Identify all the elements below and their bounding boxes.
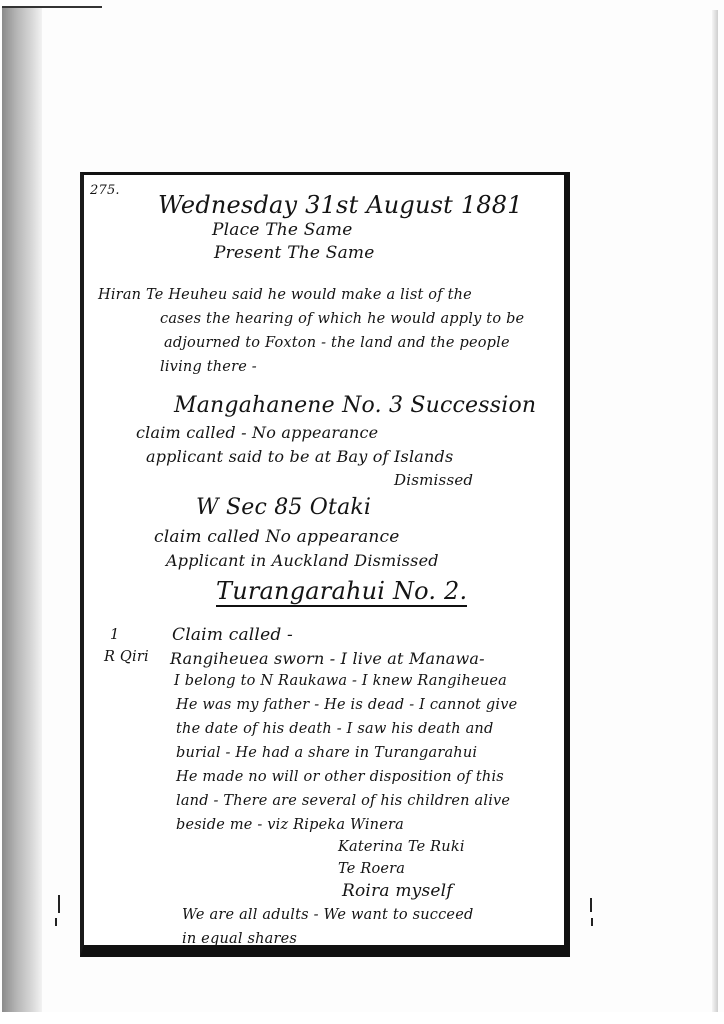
- entry-line: claim called No appearance: [154, 527, 400, 547]
- header-date: Wednesday 31st August 1881: [158, 191, 523, 219]
- entry-line: land - There are several of his children…: [176, 793, 510, 809]
- top-edge-mark: [2, 6, 102, 8]
- margin-note: R Qiri: [104, 649, 149, 665]
- entry-line: Katerina Te Ruki: [338, 839, 465, 855]
- book-gutter-shadow: [2, 8, 42, 1016]
- entry-line: in equal shares: [182, 931, 297, 947]
- manuscript-page: 275. Wednesday 31st August 1881 Place Th…: [80, 172, 570, 957]
- entry-title: Turangarahui No. 2.: [216, 577, 467, 607]
- left-margin-mark: [55, 918, 57, 926]
- opening-line: cases the hearing of which he would appl…: [160, 311, 524, 327]
- right-margin-mark: [591, 918, 593, 926]
- entry-title: W Sec 85 Otaki: [196, 495, 371, 520]
- entry-line: applicant said to be at Bay of Islands: [146, 447, 453, 466]
- entry-line: claim called - No appearance: [136, 423, 378, 442]
- entry-line: the date of his death - I saw his death …: [176, 721, 493, 737]
- header-present: Present The Same: [214, 243, 375, 263]
- entry-line: I belong to N Raukawa - I knew Rangiheue…: [174, 673, 507, 689]
- entry-line: Roira myself: [342, 881, 453, 901]
- entry-line: He made no will or other disposition of …: [176, 769, 504, 785]
- right-page-edge: [712, 10, 718, 1015]
- header-place: Place The Same: [212, 220, 353, 240]
- entry-line: Claim called -: [172, 625, 293, 645]
- bottom-margin: [0, 1012, 724, 1024]
- page-number: 275.: [90, 183, 120, 198]
- entry-line: Te Roera: [338, 861, 405, 877]
- opening-line: adjourned to Foxton - the land and the p…: [164, 335, 510, 351]
- right-margin-mark: [590, 898, 592, 912]
- margin-note: 1: [110, 627, 119, 643]
- entry-line: beside me - viz Ripeka Winera: [176, 817, 404, 833]
- opening-line: Hiran Te Heuheu said he would make a lis…: [98, 287, 472, 303]
- left-margin-mark: [58, 895, 60, 913]
- opening-line: living there -: [160, 359, 257, 375]
- entry-line: We are all adults - We want to succeed: [182, 907, 473, 923]
- entry-title: Mangahanene No. 3 Succession: [174, 393, 536, 418]
- entry-line: He was my father - He is dead - I cannot…: [176, 697, 517, 713]
- entry-line: Dismissed: [394, 471, 473, 489]
- entry-line: Rangiheuea sworn - I live at Manawa-: [170, 649, 485, 668]
- entry-line: Applicant in Auckland Dismissed: [166, 551, 439, 570]
- entry-line: burial - He had a share in Turangarahui: [176, 745, 477, 761]
